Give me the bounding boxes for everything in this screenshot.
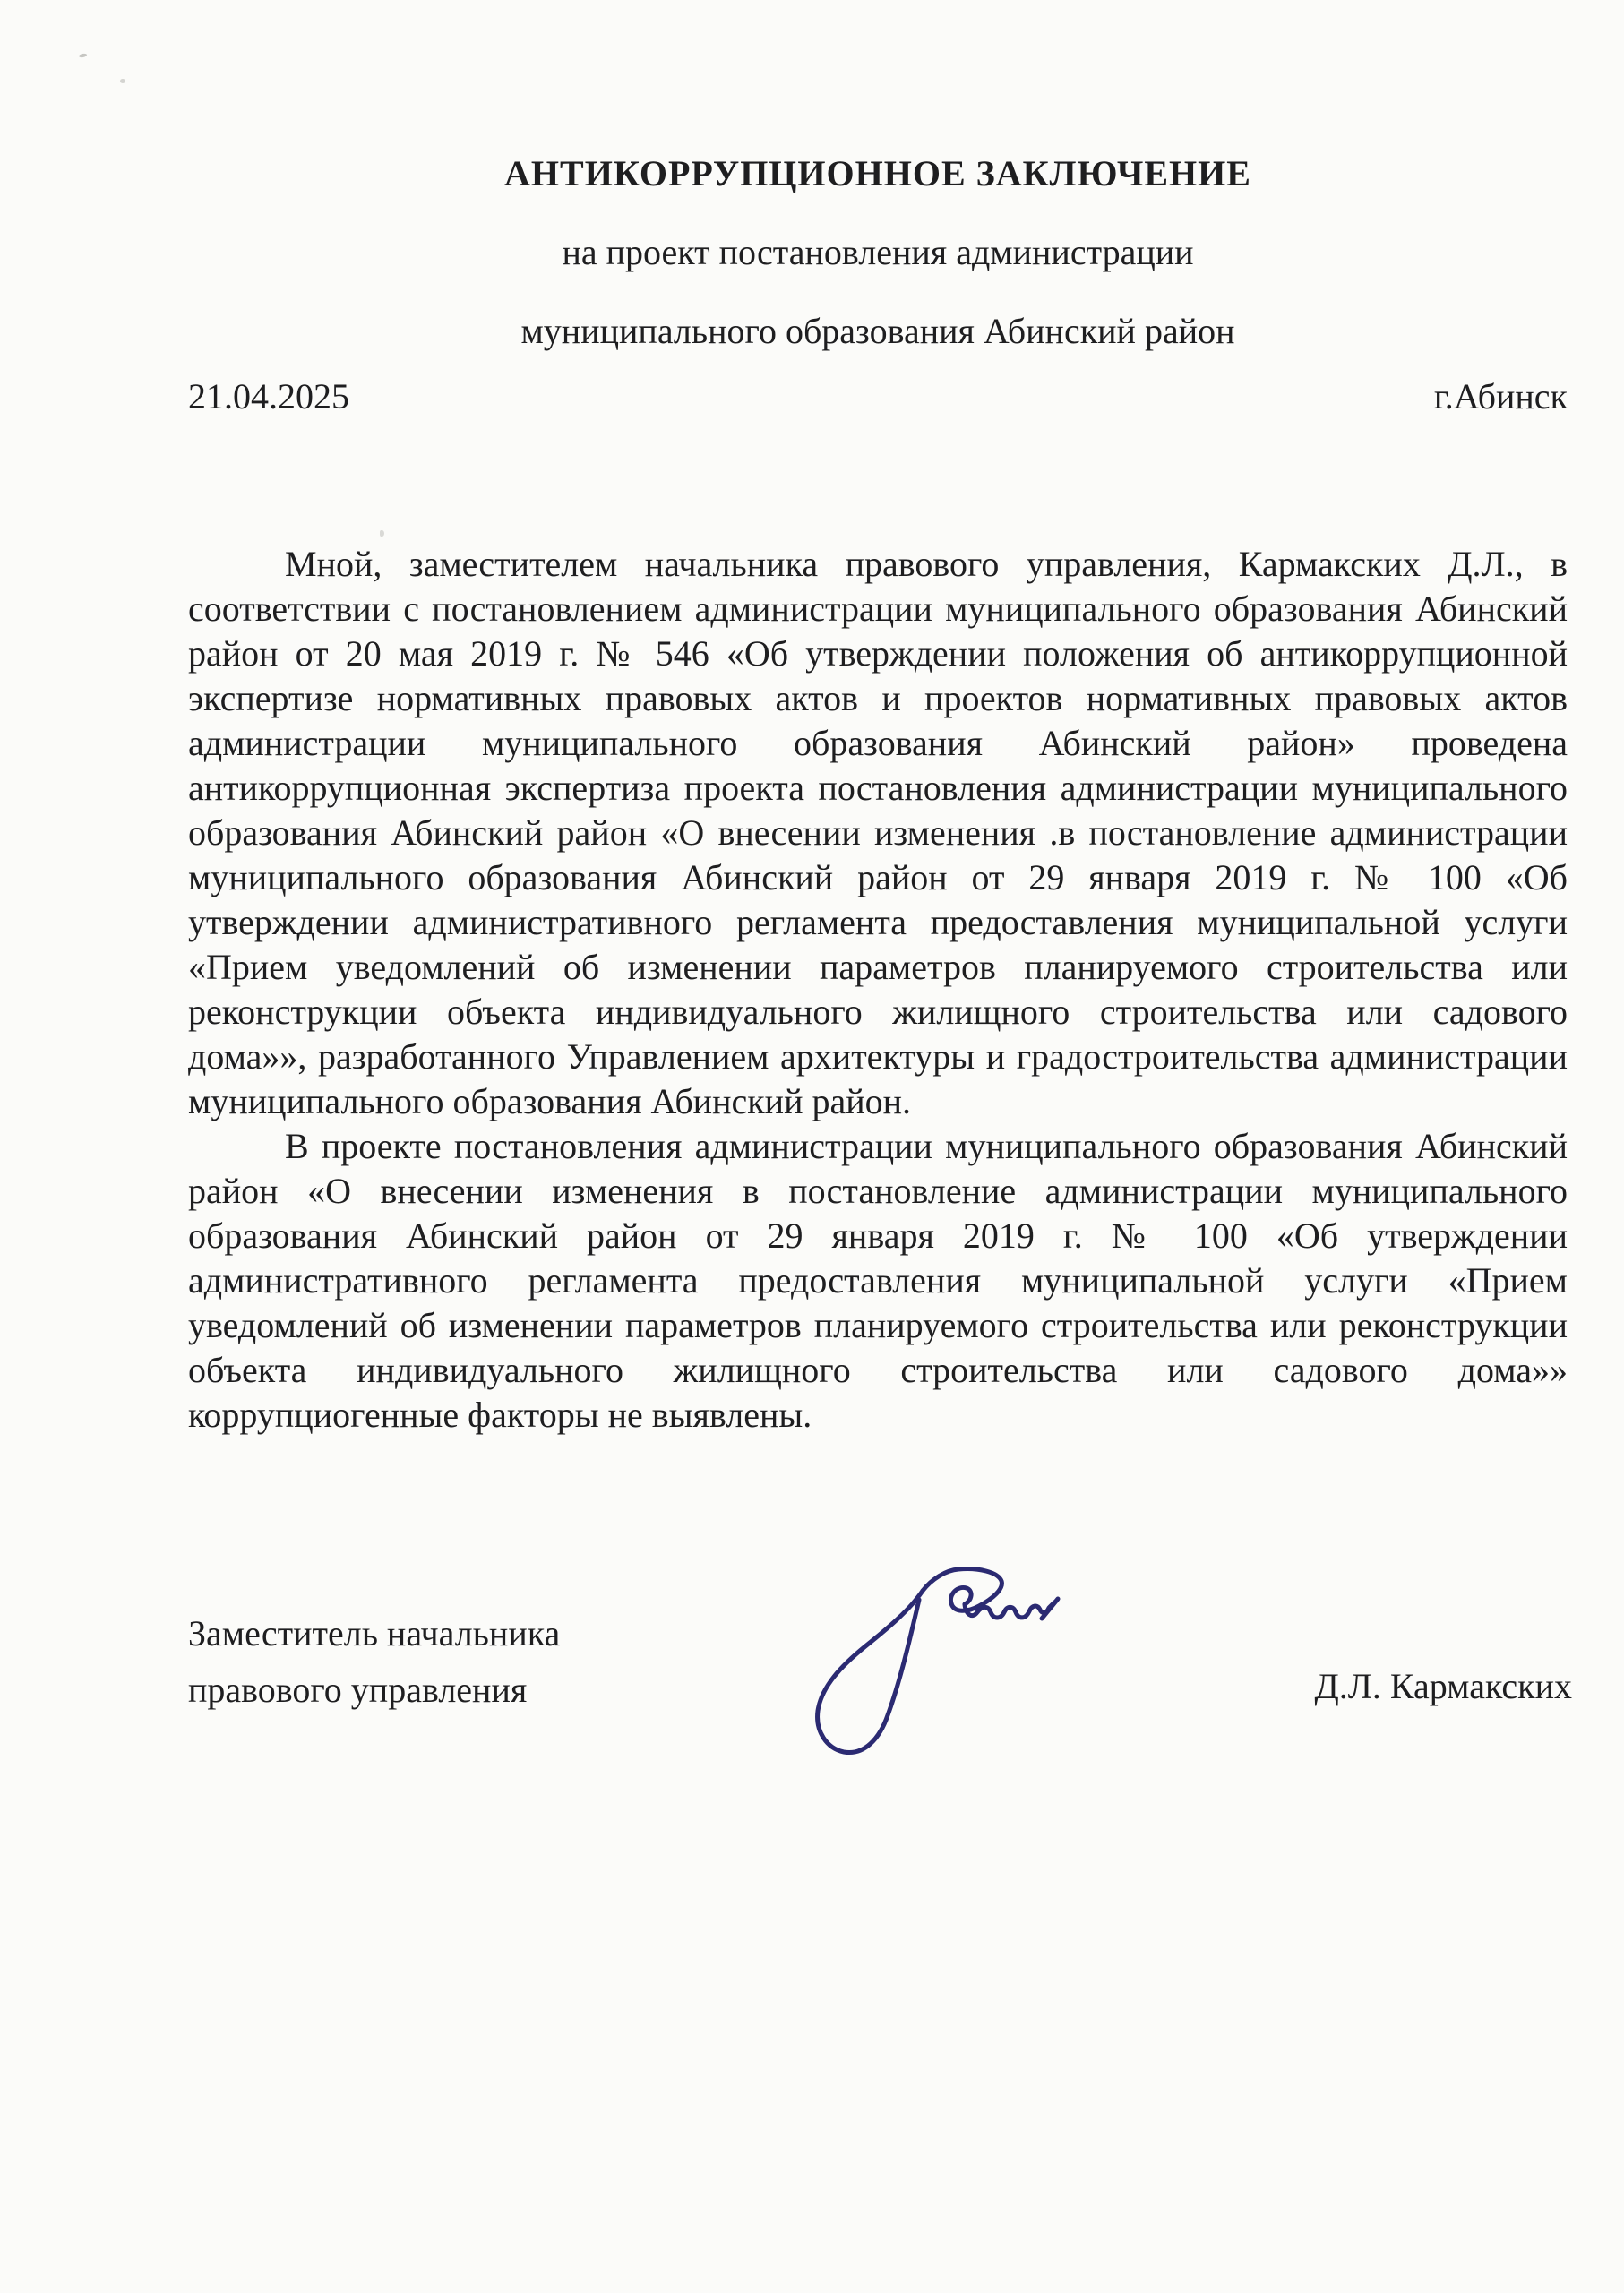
date-place-row: 21.04.2025 г.Абинск [188,374,1568,419]
scan-speck [120,79,125,83]
scan-speck [79,53,88,58]
body-paragraph-1: Мной, заместителем начальника правового … [188,542,1568,1124]
signature-stroke-knot [923,1569,1001,1611]
signature-ink-svg [788,1557,1093,1825]
scan-speck [380,530,384,537]
document-body: Мной, заместителем начальника правового … [188,542,1568,1438]
signature-stroke-flourish [1042,1599,1058,1619]
document-subtitle-line2: муниципального образования Абинский райо… [188,292,1568,371]
document-place: г.Абинск [1434,374,1568,419]
document-date: 21.04.2025 [188,374,349,419]
handwritten-signature [788,1557,1093,1825]
document-title-block: АНТИКОРРУПЦИОННОЕ ЗАКЛЮЧЕНИЕ на проект п… [188,134,1568,371]
document-subtitle-line1: на проект постановления администрации [188,213,1568,292]
signature-stroke-loop [818,1591,923,1753]
signer-name: Д.Л. Кармакских [1314,1667,1572,1706]
document-title: АНТИКОРРУПЦИОННОЕ ЗАКЛЮЧЕНИЕ [188,134,1568,213]
signer-position-line2: правового управления [188,1662,560,1718]
scanned-document-page: АНТИКОРРУПЦИОННОЕ ЗАКЛЮЧЕНИЕ на проект п… [0,0,1624,2293]
signer-position: Заместитель начальника правового управле… [188,1605,560,1718]
signer-position-line1: Заместитель начальника [188,1605,560,1662]
body-paragraph-2: В проекте постановления администрации му… [188,1124,1568,1438]
